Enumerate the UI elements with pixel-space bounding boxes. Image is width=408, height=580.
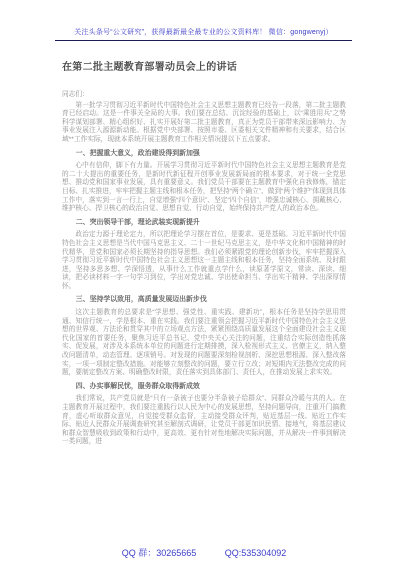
salutation: 同志们： [62,91,346,100]
section-3-paragraph: 这次主题教育的总要求是“学思想、强党性、重实践、建新功”，根本任务是坚持学思用贯… [62,309,346,378]
document-page: 关注头条号“公文研究”，获得最新最全最专业的公文资料库！ 微信：gongweny… [0,0,408,580]
section-1-heading: 一、把握重大意义，政治建设得到新加强 [62,150,346,159]
intro-paragraph: 第一批学习贯彻习近平新时代中国特色社会主义思想主题教育已经告一段落，第二批主题教… [62,102,346,145]
footer-qq: QQ:535304092 [225,548,287,558]
section-2-paragraph: 政治定力源于理论定力，所以把理论学习摆在首位，是要求、更是基础。习近平新时代中国… [62,231,346,291]
footer-qq-group: QQ 群：30265665 [122,546,197,559]
page-title: 在第二批主题教育部署动员会上的讲话 [62,58,346,73]
section-4-heading: 四、办实事解民忧，服务群众取得新成效 [62,383,346,392]
section-4-paragraph: 我们常说，共产党员就是“只有一条被子也要分半条被子给群众”、同群众冷暖与共的人。… [62,395,346,447]
footer-contact: QQ 群：30265665 QQ:535304092 [0,546,408,559]
document-body: 在第二批主题教育部署动员会上的讲话 同志们： 第一批学习贯彻习近平新时代中国特色… [62,58,346,450]
section-2-heading: 二、突出领导干部，理论武装实现新提升 [62,219,346,228]
header-notice: 关注头条号“公文研究”，获得最新最全最专业的公文资料库！ 微信：gongweny… [55,27,352,41]
section-1-paragraph: 心中有信仰，脚下有力量。开展学习贯彻习近平新时代中国特色社会主义思想主题教育是党… [62,162,346,214]
section-3-heading: 三、坚持学以致用，高质量发展迈出新步伐 [62,296,346,305]
